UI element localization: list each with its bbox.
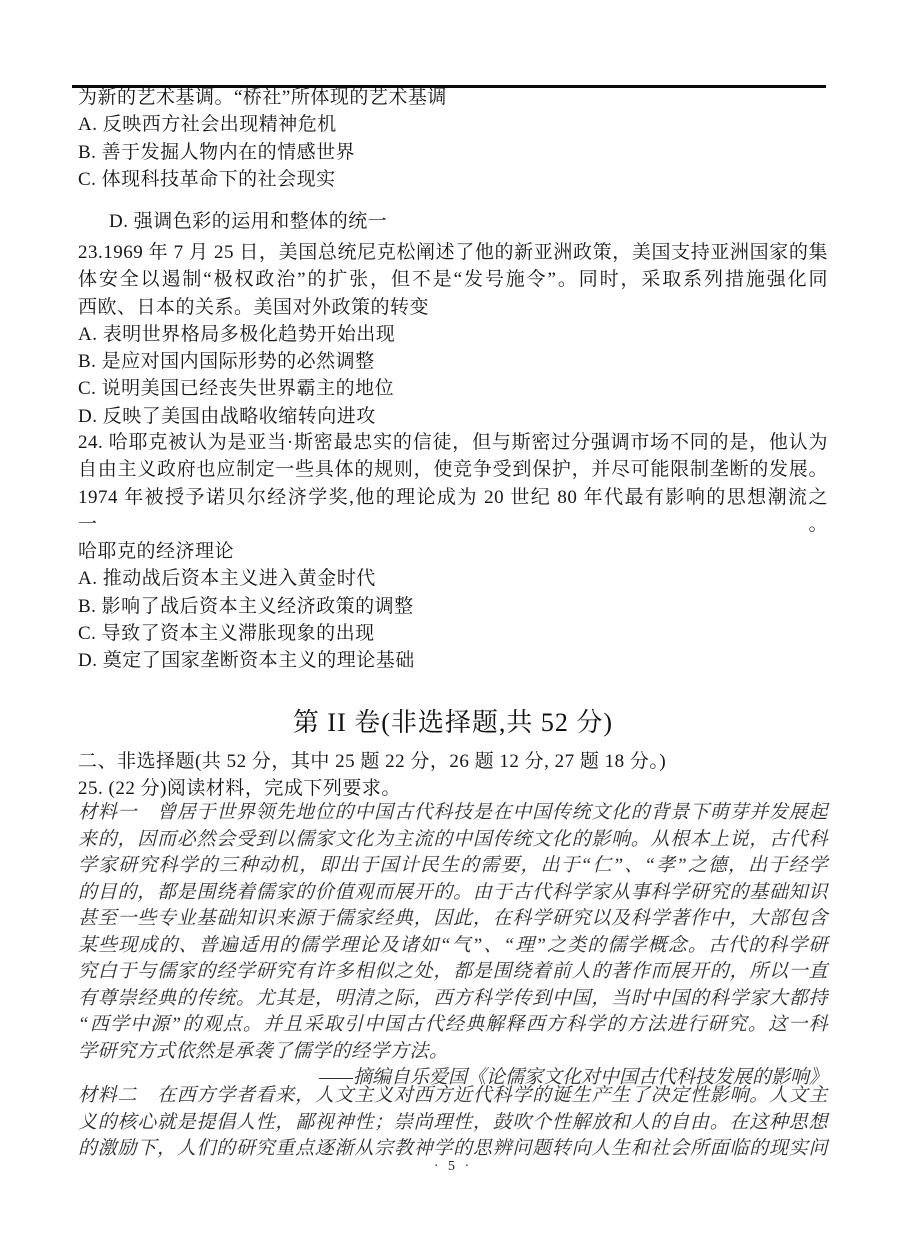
material-1-line: 甚至一些专业基础知识来源于儒家经典，因此，在科学研究以及科学著作中，大部包含	[78, 906, 828, 933]
question-24-stem-line: 1974 年被授予诺贝尔经济学奖,他的理论成为 20 世纪 80 年代最有影响的…	[78, 484, 828, 539]
question-22-option-a: A. 反映西方社会出现精神危机	[78, 111, 828, 138]
question-23-option-a: A. 表明世界格局多极化趋势开始出现	[78, 321, 828, 348]
material-1-line: 有尊崇经典的传统。尤其是，明清之际，西方科学传到中国，当时中国的科学家大都持	[78, 986, 828, 1013]
material-1-line: 某些现成的、普遍适用的儒学理论及诸如“气”、“理”之类的儒学概念。古代的科学研	[78, 933, 828, 960]
material-1-line: 来的，因而必然会受到以儒家文化为主流的中国传统文化的影响。从根本上说，古代科	[78, 827, 828, 854]
question-23-stem-line: 23.1969 年 7 月 25 日，美国总统尼克松阐述了他的新亚洲政策，美国支…	[78, 239, 828, 266]
question-24-option-a: A. 推动战后资本主义进入黄金时代	[78, 565, 828, 592]
material-1-block: 材料一 曾居于世界领先地位的中国古代科技是在中国传统文化的背景下萌芽并发展起 来…	[78, 800, 828, 1065]
material-1-line: 究白于与儒家的经学研究有许多相似之处，都是围绕着前人的著作而展开的，所以一直	[78, 959, 828, 986]
section-2-intro: 二、非选择题(共 52 分，其中 25 题 22 分，26 题 12 分, 27…	[78, 748, 828, 775]
material-2-line: 义的核心就是提倡人性，鄙视神性；崇尚理性，鼓吹个性解放和人的自由。在这种思想	[78, 1110, 828, 1137]
question-22-stem-fragment: 为新的艺术基调。“桥社”所体现的艺术基调	[78, 84, 828, 111]
question-23-stem-line: 西欧、日本的关系。美国对外政策的转变	[78, 294, 828, 321]
question-23-stem-line: 体安全以遏制“极权政治”的扩张，但不是“发号施令”。同时，采取系列措施强化同	[78, 266, 828, 293]
question-22-option-d: D. 强调色彩的运用和整体的统一	[78, 208, 828, 235]
question-25-header: 25. (22 分)阅读材料，完成下列要求。	[78, 775, 828, 802]
question-24-block: 24. 哈耶克被认为是亚当·斯密最忠实的信徒，但与斯密过分强调市场不同的是，他认…	[78, 429, 828, 675]
section-2-title: 第 II 卷(非选择题,共 52 分)	[78, 703, 828, 743]
question-24-stem-line: 24. 哈耶克被认为是亚当·斯密最忠实的信徒，但与斯密过分强调市场不同的是，他认…	[78, 429, 828, 456]
question-24-option-d: D. 奠定了国家垄断资本主义的理论基础	[78, 647, 828, 674]
question-23-option-c: C. 说明美国已经丧失世界霸主的地位	[78, 375, 828, 402]
question-23-option-d: D. 反映了美国由战略收缩转向进攻	[78, 403, 828, 430]
question-23-block: 23.1969 年 7 月 25 日，美国总统尼克松阐述了他的新亚洲政策，美国支…	[78, 239, 828, 430]
question-22-option-d-block: D. 强调色彩的运用和整体的统一	[78, 208, 828, 235]
question-22-option-b: B. 善于发掘人物内在的情感世界	[78, 139, 828, 166]
question-22-option-c: C. 体现科技革命下的社会现实	[78, 166, 828, 193]
material-1-line: 学家研究科学的三种动机，即出于国计民生的需要，出于“仁”、“孝”之德，出于经学	[78, 853, 828, 880]
exam-page: 为新的艺术基调。“桥社”所体现的艺术基调 A. 反映西方社会出现精神危机 B. …	[0, 0, 900, 1246]
question-24-stem-line: 哈耶克的经济理论	[78, 538, 828, 565]
page-number: · 5 ·	[78, 1157, 828, 1177]
question-24-stem-line: 自由主义政府也应制定一些具体的规则，使竞争受到保护，并尽可能限制垄断的发展。	[78, 456, 828, 483]
material-1-line: 材料一 曾居于世界领先地位的中国古代科技是在中国传统文化的背景下萌芽并发展起	[78, 800, 828, 827]
question-23-option-b: B. 是应对国内国际形势的必然调整	[78, 348, 828, 375]
material-1-line: 的目的，都是围绕着儒家的价值观而展开的。由于古代科学家从事科学研究的基础知识	[78, 880, 828, 907]
material-1-line: “西学中源”的观点。并且采取引中国古代经典解释西方科学的方法进行研究。这一科	[78, 1012, 828, 1039]
material-2-line: 材料二 在西方学者看来，人文主义对西方近代科学的诞生产生了决定性影响。人文主	[78, 1083, 828, 1110]
section-2-intro-block: 二、非选择题(共 52 分，其中 25 题 22 分，26 题 12 分, 27…	[78, 748, 828, 803]
question-22-block: 为新的艺术基调。“桥社”所体现的艺术基调 A. 反映西方社会出现精神危机 B. …	[78, 84, 828, 193]
material-1-line: 学研究方式依然是承袭了儒学的经学方法。	[78, 1039, 828, 1066]
material-2-block: 材料二 在西方学者看来，人文主义对西方近代科学的诞生产生了决定性影响。人文主 义…	[78, 1083, 828, 1163]
question-24-option-b: B. 影响了战后资本主义经济政策的调整	[78, 593, 828, 620]
question-24-option-c: C. 导致了资本主义滞胀现象的出现	[78, 620, 828, 647]
